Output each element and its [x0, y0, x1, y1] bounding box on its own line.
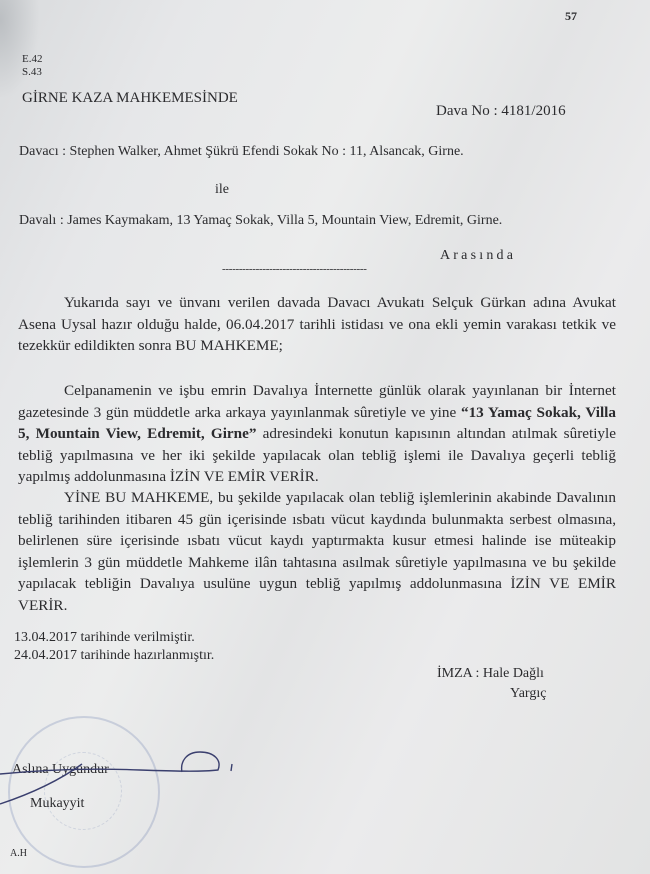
issued-date: 13.04.2017 tarihinde verilmiştir. [14, 630, 195, 646]
reference-e: E.42 [22, 53, 42, 65]
reference-s: S.43 [22, 66, 42, 78]
page-shadow [0, 0, 40, 100]
case-number: Dava No : 4181/2016 [436, 103, 566, 120]
prepared-date: 24.04.2017 tarihinde hazırlanmıştır. [14, 648, 214, 664]
court-name: GİRNE KAZA MAHKEMESİNDE [22, 90, 238, 107]
initials: A.H [10, 848, 27, 859]
between-label: Arasında [440, 248, 516, 264]
paragraph-3: YİNE BU MAHKEME, bu şekilde yapılacak ol… [18, 487, 616, 616]
handwritten-signature-icon [0, 740, 260, 820]
defendant: Davalı : James Kaymakam, 13 Yamaç Sokak,… [19, 213, 502, 229]
conjunction: ile [215, 182, 229, 198]
plaintiff: Davacı : Stephen Walker, Ahmet Şükrü Efe… [19, 144, 464, 160]
separator-line: ----------------------------------------… [222, 263, 367, 275]
judge-title: Yargıç [510, 686, 546, 702]
judge-signature: İMZA : Hale Dağlı [437, 666, 544, 682]
paragraph-1: Yukarıda sayı ve ünvanı verilen davada D… [18, 292, 616, 357]
page-number: 57 [565, 9, 577, 24]
paragraph-2: Celpanamenin ve işbu emrin Davalıya İnte… [18, 380, 616, 488]
